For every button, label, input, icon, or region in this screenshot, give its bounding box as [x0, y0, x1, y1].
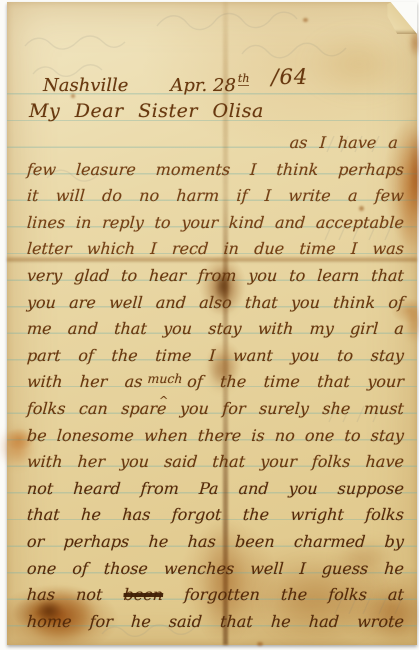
dateline-year: /64	[271, 62, 308, 92]
dateline-ordinal: th	[238, 72, 250, 86]
inserted-word: much	[147, 373, 183, 385]
body-line: or perhaps he has been charmed by	[7, 529, 419, 556]
body-line: very glad to hear from you to learn that	[7, 263, 419, 290]
body-line: one of those wenches well I guess he	[7, 556, 419, 583]
body-line: as I have a	[7, 130, 419, 157]
insertion-line-after: of the time that your	[187, 372, 405, 391]
body-line: that he has forgot the wright folks	[7, 502, 419, 529]
body-line: be lonesome when there is no one to stay	[7, 423, 419, 450]
salutation: My Dear Sister Olisa	[29, 97, 264, 125]
body-line: me and that you stay with my girl a	[7, 316, 419, 343]
body-line: lines in reply to your kind and acceptab…	[7, 210, 419, 237]
body-line: with her you said that your folks have	[7, 449, 419, 476]
body-line: letter which I recd in due time I was	[7, 236, 419, 263]
letter-paper: NashvilleApr. 28th/64 My Dear Sister Oli…	[7, 2, 417, 645]
letter-content: NashvilleApr. 28th/64 My Dear Sister Oli…	[7, 2, 417, 645]
body-line: not heard from Pa and you suppose	[7, 476, 419, 503]
body-line: you are well and also that you think of	[7, 290, 419, 317]
letter-scan: NashvilleApr. 28th/64 My Dear Sister Oli…	[0, 0, 419, 650]
body-line: folks can spare you for surely she must	[7, 396, 419, 423]
dateline: NashvilleApr. 28th/64	[43, 64, 397, 94]
body-line: few leasure moments I think perhaps	[7, 157, 419, 184]
insertion-line-before: with her as	[26, 372, 143, 391]
letter-body: as I have a few leasure moments I think …	[7, 130, 417, 635]
body-line-with-insertion: with her as much ^ of the time that your	[7, 369, 419, 396]
struck-word: been	[123, 585, 164, 604]
body-line: part of the time I want you to stay	[7, 343, 419, 370]
strike-line-before: has not	[26, 585, 103, 604]
body-line: it will do no harm if I write a few	[7, 183, 419, 210]
strike-line-after: forgotten the folks at	[184, 585, 405, 604]
dateline-place: Nashville	[43, 75, 128, 96]
body-line: home for he said that he had wrote	[7, 609, 419, 636]
dateline-date: Apr. 28	[170, 75, 236, 96]
body-line-with-strikeout: has not been forgotten the folks at	[7, 582, 419, 609]
